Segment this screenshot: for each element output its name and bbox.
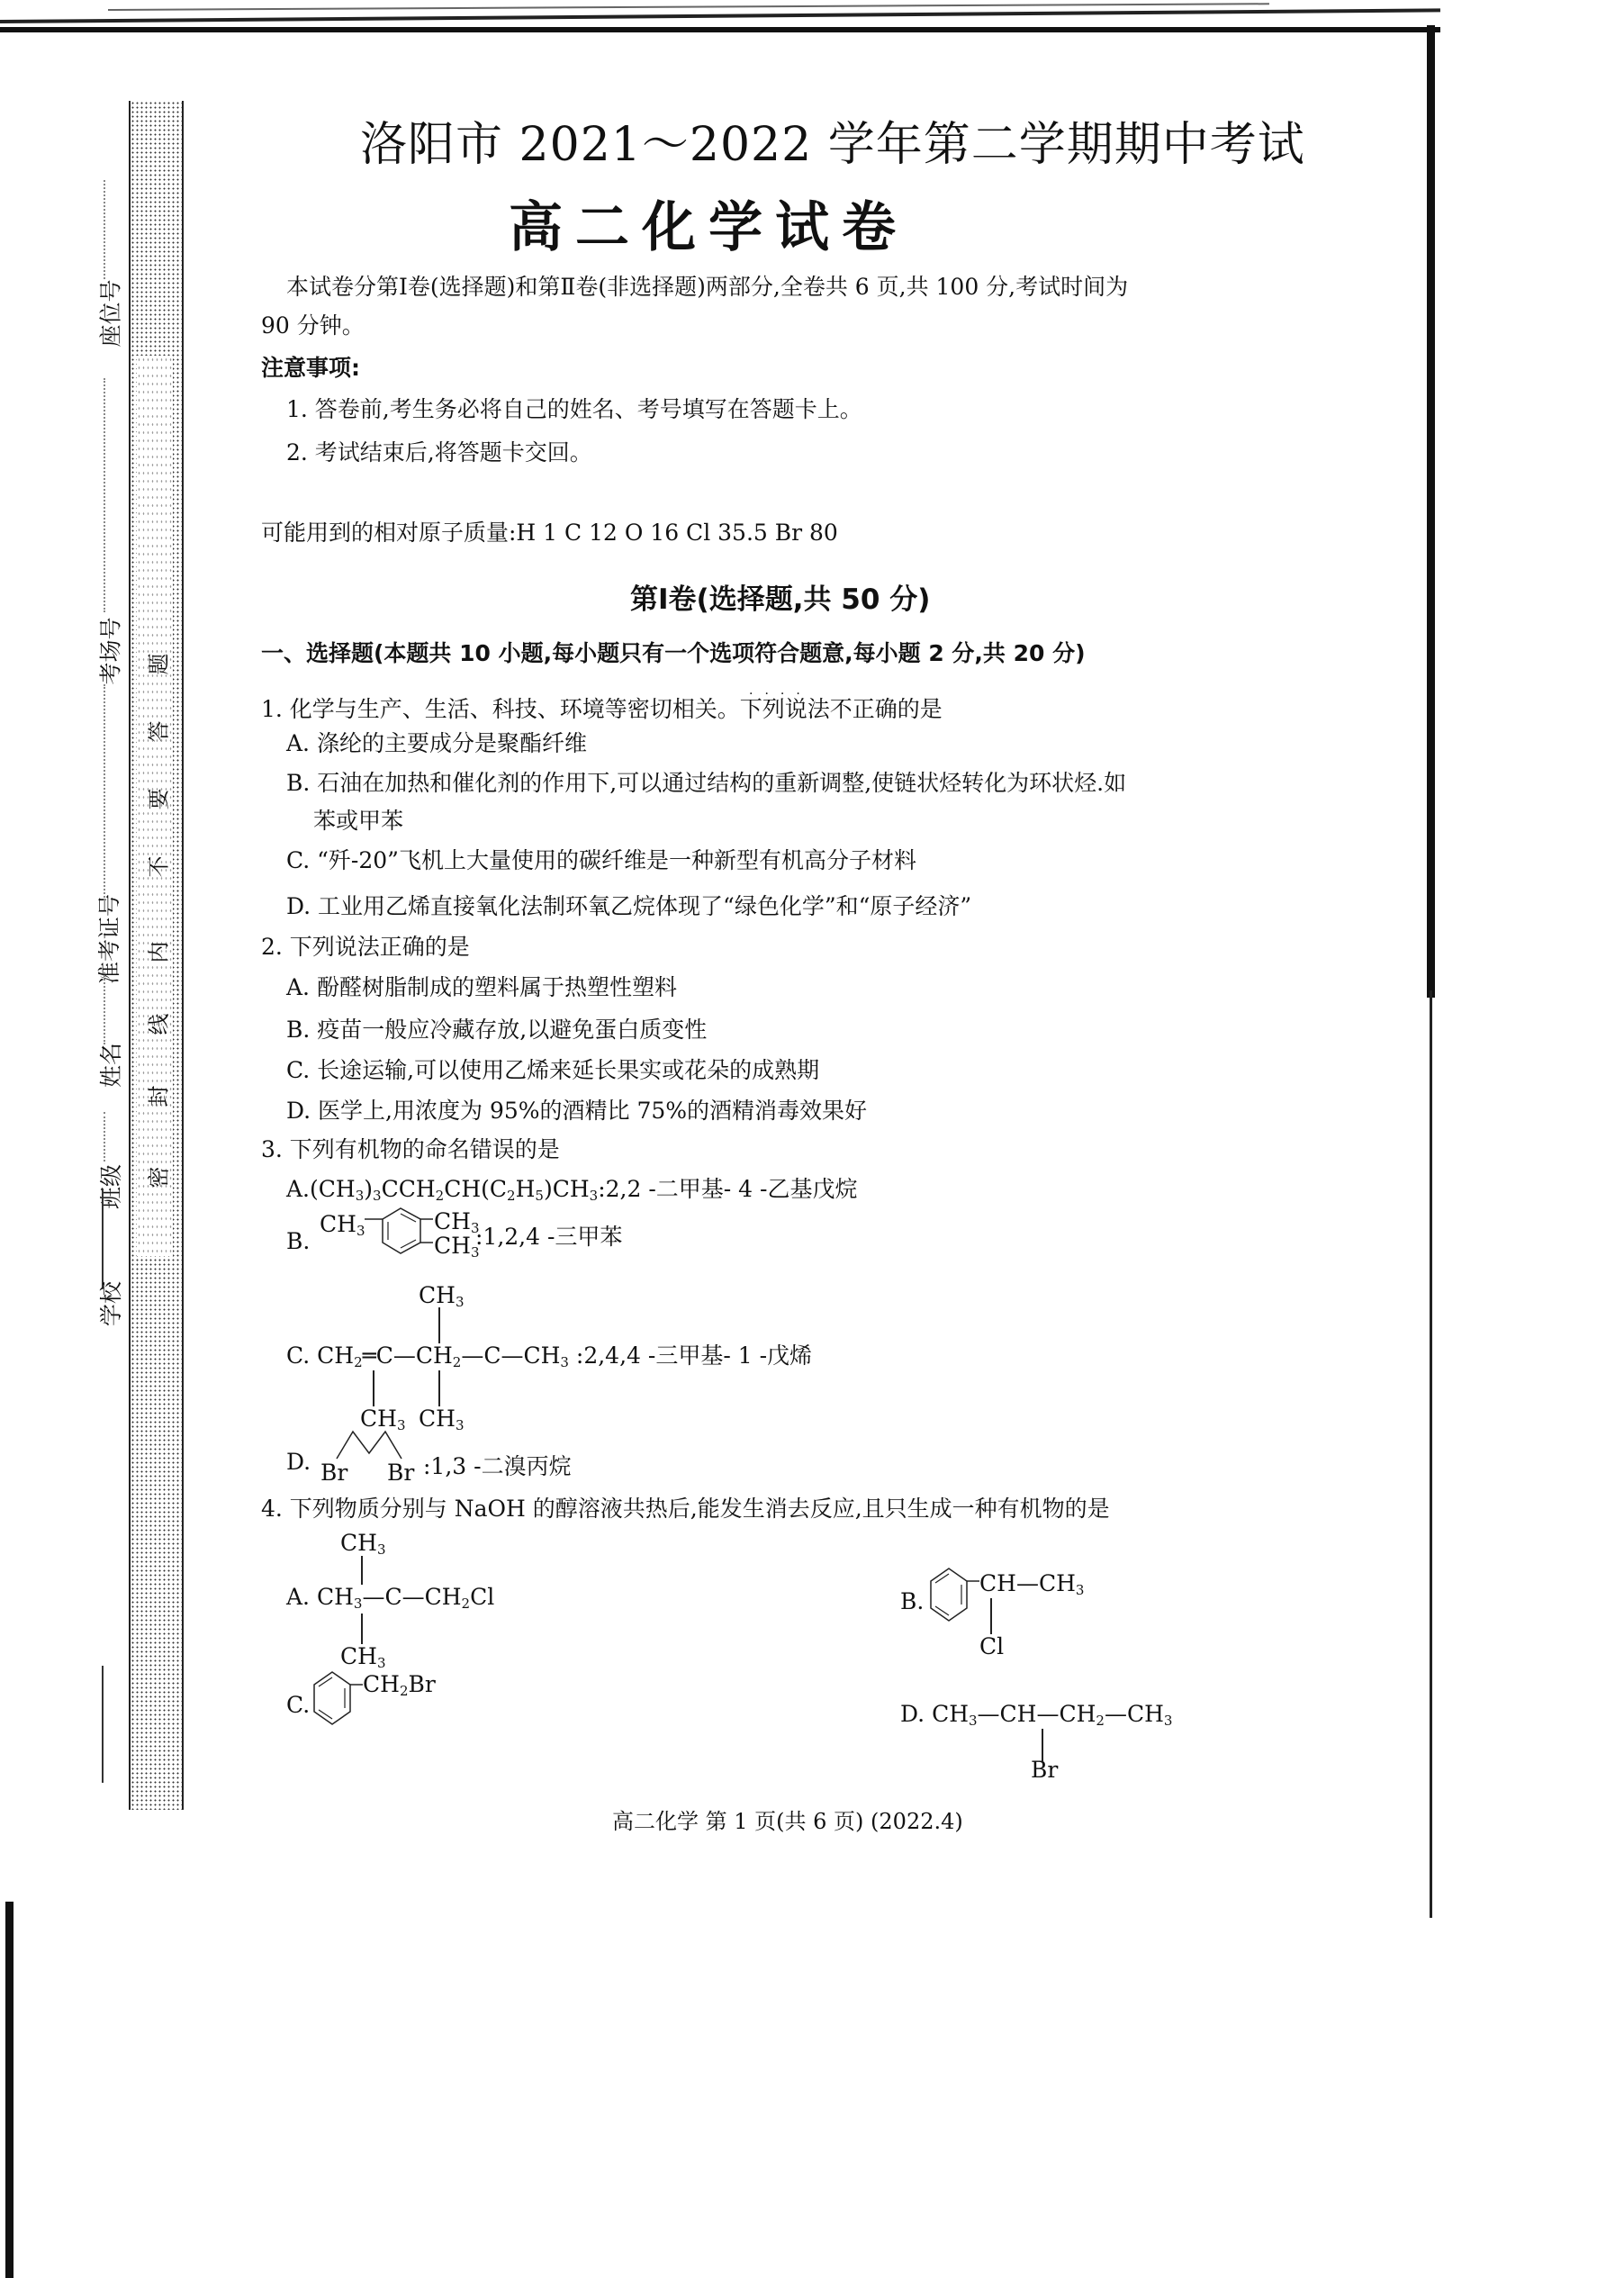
option-text: A. 酚醛树脂制成的塑料属于热塑性塑料 xyxy=(286,975,677,1000)
scan-left-edge xyxy=(5,1902,14,2278)
option-text: D. 工业用乙烯直接氧化法制环氧乙烷体现了“绿色化学”和“原子经济” xyxy=(286,894,971,919)
compound-name: :1,3 -二溴丙烷 xyxy=(423,1454,572,1479)
paper-title: 高二化学试卷 xyxy=(0,185,1624,262)
carbon-chain-icon xyxy=(337,1428,409,1464)
subscript: 2 xyxy=(436,1188,445,1204)
admission-number-field[interactable] xyxy=(104,684,107,900)
subscript: 3 xyxy=(356,1188,365,1204)
option-text: C. 长途运输,可以使用乙烯来延长果实或花朵的成熟期 xyxy=(286,1058,819,1083)
section-heading: 第Ⅰ卷(选择题,共 50 分) xyxy=(630,576,930,617)
strip-char: 题 xyxy=(141,649,173,680)
scan-edge-line xyxy=(108,3,1269,11)
option-text: D. 医学上,用浓度为 95%的酒精比 75%的酒精消毒效果好 xyxy=(286,1098,867,1124)
strip-char: 封 xyxy=(141,1081,173,1112)
formula-part: CH xyxy=(444,1176,481,1202)
compound-name: :2,2 -二甲基- 4 -乙基戊烷 xyxy=(598,1176,857,1202)
name-label: 姓名 xyxy=(94,1043,126,1088)
question-stem: 1. 化学与生产、生活、科技、环境等密切相关。下列说法不正确的是 xyxy=(261,697,943,722)
compound-name: :1,2,4 -三甲苯 xyxy=(475,1225,622,1250)
bond xyxy=(361,1556,363,1585)
methyl-group: CH3 xyxy=(320,1212,365,1239)
option-text: B. 疫苗一般应冷藏存放,以避免蛋白质变性 xyxy=(286,1017,707,1043)
note-item: 1. 答卷前,考生务必将自己的姓名、考号填写在答题卡上。 xyxy=(286,397,862,422)
q4-option-a: A. CH3—C—CH2Cl xyxy=(286,1585,494,1612)
methyl-group: CH3 xyxy=(434,1234,479,1261)
atomic-masses: 可能用到的相对原子质量:H 1 C 12 O 16 Cl 35.5 Br 80 xyxy=(261,520,838,546)
subscript: 5 xyxy=(535,1188,544,1204)
chlorine-atom: Cl xyxy=(979,1634,1004,1659)
name-field[interactable] xyxy=(104,972,107,1044)
option-label: D. xyxy=(286,1450,311,1475)
methyl-group: CH3 xyxy=(340,1531,385,1558)
bromine-atom: Br xyxy=(387,1460,414,1486)
admission-number-label: 准考证号 xyxy=(92,894,124,984)
page-top-border xyxy=(0,27,1440,32)
q4-option-d: D. CH3—CH—CH2—CH3 xyxy=(900,1702,1172,1729)
subscript: 3 xyxy=(373,1188,382,1204)
question-stem: 2. 下列说法正确的是 xyxy=(261,935,470,960)
page-right-border xyxy=(1427,25,1435,998)
side-chain: CH2Br xyxy=(363,1672,436,1699)
page-footer: 高二化学 第 1 页(共 6 页) (2022.4) xyxy=(612,1803,963,1835)
subscript: 3 xyxy=(590,1188,599,1204)
strip-char: 线 xyxy=(141,1009,173,1040)
q3-option-a: A.(CH3)3CCH2CH(C2H5)CH3:2,2 -二甲基- 4 -乙基戊… xyxy=(286,1177,857,1204)
option-text: C. “歼-20”飞机上大量使用的碳纤维是一种新型有机高分子材料 xyxy=(286,848,916,873)
formula-part: CH xyxy=(553,1176,590,1202)
strip-char: 不 xyxy=(141,852,173,882)
benzene-ring-icon xyxy=(927,1567,981,1630)
option-text: B. 石油在加热和催化剂的作用下,可以通过结构的重新调整,使链状烃转化为环状烃.… xyxy=(286,771,1126,796)
q3-option-c: C. CH2═C—CH2—C—CH3 :2,4,4 -三甲基- 1 -戊烯 xyxy=(286,1343,812,1370)
methyl-group: CH3 xyxy=(340,1644,385,1671)
strip-char: 答 xyxy=(141,717,173,747)
bond xyxy=(990,1598,992,1634)
bromine-atom: Br xyxy=(1031,1758,1058,1783)
question-stem: 3. 下列有机物的命名错误的是 xyxy=(261,1137,560,1162)
option-label: B. xyxy=(900,1589,924,1614)
side-chain: CH—CH3 xyxy=(979,1571,1084,1598)
class-field[interactable] xyxy=(104,1112,107,1162)
class-label: 班级 xyxy=(94,1164,126,1209)
bond xyxy=(438,1307,440,1343)
intro-line-2: 90 分钟。 xyxy=(261,313,365,339)
section-instruction: 一、选择题(本题共 10 小题,每小题只有一个选项符合题意,每小题 2 分,共 … xyxy=(261,641,1086,666)
school-label: 学校 xyxy=(94,1281,126,1326)
formula-part: CH xyxy=(399,1176,436,1202)
bond xyxy=(361,1614,363,1644)
bromine-atom: Br xyxy=(320,1460,347,1486)
formula-part: CH xyxy=(319,1176,356,1202)
intro-line-1: 本试卷分第Ⅰ卷(选择题)和第Ⅱ卷(非选择题)两部分,全卷共 6 页,共 100 … xyxy=(286,275,1128,300)
exam-room-field[interactable] xyxy=(104,378,107,612)
strip-char: 要 xyxy=(141,784,173,815)
bond xyxy=(438,1370,440,1406)
bond xyxy=(373,1370,374,1406)
option-text: A. 涤纶的主要成分是聚酯纤维 xyxy=(286,731,587,756)
option-label: A. xyxy=(286,1176,310,1202)
scan-edge-line xyxy=(0,8,1440,23)
school-field-line[interactable] xyxy=(102,1666,104,1783)
exam-title: 洛阳市 2021～2022 学年第二学期期中考试 xyxy=(360,106,1305,174)
note-item: 2. 考试结束后,将答题卡交回。 xyxy=(286,440,592,466)
question-stem: 4. 下列物质分别与 NaOH 的醇溶液共热后,能发生消去反应,且只生成一种有机… xyxy=(261,1496,1110,1522)
option-label: C. xyxy=(286,1693,310,1718)
class-field-line xyxy=(102,1189,104,1288)
seat-number-label: 座位号 xyxy=(94,279,126,347)
exam-room-label: 考场号 xyxy=(94,617,126,684)
page-right-border xyxy=(1430,990,1432,1918)
strip-char: 内 xyxy=(141,937,173,968)
methyl-group: CH3 xyxy=(419,1406,464,1433)
option-text-continued: 苯或甲苯 xyxy=(313,809,403,834)
subscript: 2 xyxy=(507,1188,516,1204)
methyl-group: CH3 xyxy=(419,1283,464,1310)
strip-char: 密 xyxy=(141,1162,173,1193)
option-label: B. xyxy=(286,1229,310,1254)
notes-title: 注意事项: xyxy=(261,356,360,381)
